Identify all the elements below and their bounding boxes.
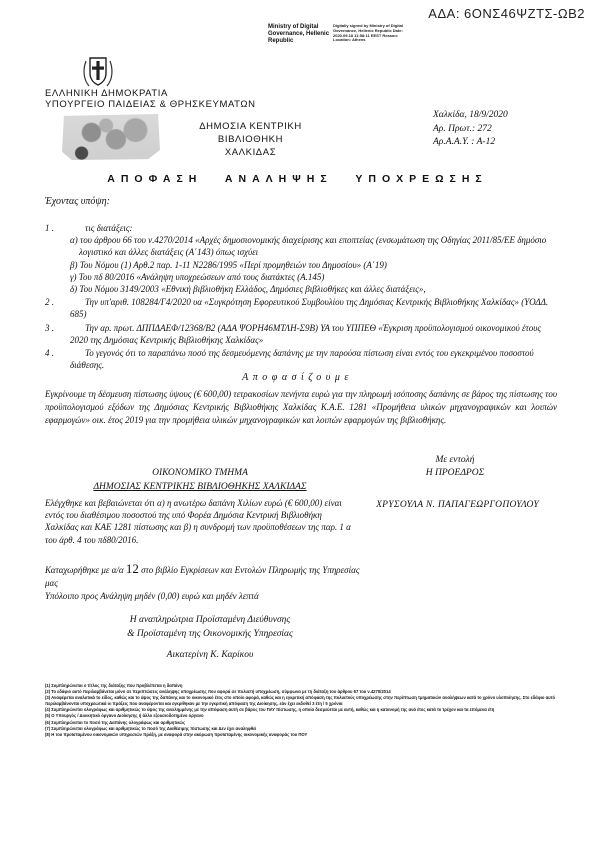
officer-title-line1: Η αναπληρώτρια Προϊσταμένη Διεύθυνσης xyxy=(60,614,360,628)
header-ministry: ΥΠΟΥΡΓΕΙΟ ΠΑΙΔΕΙΑΣ & ΘΡΗΣΚΕΥΜΑΤΩΝ xyxy=(45,99,256,110)
digital-signature-details: Digitally signed by Ministry of Digital … xyxy=(333,24,411,43)
finance-department-line2: ΔΗΜΟΣΙΑΣ ΚΕΝΤΡΙΚΗΣ ΒΙΒΛΙΟΘΗΚΗΣ ΧΑΛΚΙΔΑΣ xyxy=(45,481,355,495)
footnote: (2) Το εδάφιο αυτό περιλαμβάνεται μόνο σ… xyxy=(45,689,557,695)
by-order-label: Με εντολή xyxy=(350,454,560,467)
organization-name-line2: ΧΑΛΚΙΔΑΣ xyxy=(168,146,333,159)
finance-department-block: ΟΙΚΟΝΟΜΙΚΟ ΤΜΗΜΑ ΔΗΜΟΣΙΑΣ ΚΕΝΤΡΙΚΗΣ ΒΙΒΛ… xyxy=(45,467,355,494)
footnote: (5) Ο Υπουργός / Διοικητικό όργανο Διοίκ… xyxy=(45,713,557,719)
considerations-list: 1 . τις διατάξεις: α) του άρθρου 66 του … xyxy=(45,222,557,372)
registration-number: 12 xyxy=(126,561,139,576)
verification-paragraph: Ελέγχθηκε και βεβαιώνεται ότι α) η ανωτέ… xyxy=(45,497,357,546)
footnote: (6) Συμπληρώνεται το ποσό της Δαπάνης ολ… xyxy=(45,720,557,726)
header-republic: ΕΛΛΗΝΙΚΗ ΔΗΜΟΚΡΑΤΙΑ xyxy=(45,88,168,99)
list-subitems: α) του άρθρου 66 του ν.4270/2014 «Αρχές … xyxy=(45,234,557,295)
list-item-text: Την αρ. πρωτ. ΔΠΠΔΑΕΦ/12368/Β2 (ΑΔΑ ΨΟΡΗ… xyxy=(70,322,557,346)
organization-name: ΔΗΜΟΣΙΑ ΚΕΝΤΡΙΚΗ ΒΙΒΛΙΟΘΗΚΗ ΧΑΛΚΙΔΑΣ xyxy=(168,120,333,159)
list-item: 1 . τις διατάξεις: α) του άρθρου 66 του … xyxy=(45,222,557,295)
by-order-block: Με εντολή Η ΠΡΟΕΔΡΟΣ xyxy=(350,454,560,480)
list-item-number: 4 . xyxy=(45,347,54,359)
ada-code: ΑΔΑ: 6ΟΝΣ46ΨΖΤΣ-ΩΒ2 xyxy=(428,6,585,21)
balance-line: Υπόλοιπο προς Ανάληψη μηδέν (0,00) ευρώ … xyxy=(45,591,375,601)
registration-prefix: Καταχωρήθηκε με α/α xyxy=(45,565,124,575)
finance-department-line1: ΟΙΚΟΝΟΜΙΚΟ ΤΜΗΜΑ xyxy=(45,467,355,481)
president-title: Η ΠΡΟΕΔΡΟΣ xyxy=(350,467,560,480)
aay-number: Αρ.Α.Α.Υ. : Α-12 xyxy=(433,136,508,150)
document-page: ΑΔΑ: 6ΟΝΣ46ΨΖΤΣ-ΩΒ2 Ministry of Digital … xyxy=(0,0,595,842)
decide-heading: Αποφασίζουμε xyxy=(0,372,595,383)
list-subitem: δ) Του Νόμου 3149/2003 «Εθνική βιβλιοθήκ… xyxy=(70,283,557,295)
registration-line: Καταχωρήθηκε με α/α 12 στο βιβλίο Εγκρίσ… xyxy=(45,562,365,590)
list-item: 2 . Την υπ'αριθ. 108284/Γ4/2020 υα «Συγκ… xyxy=(45,296,557,320)
greek-emblem-icon xyxy=(82,55,114,89)
list-item-number: 2 . xyxy=(45,296,54,308)
decision-paragraph: Εγκρίνουμε τη δέσμευση πίστωσης ύψους (€… xyxy=(45,388,557,428)
list-item: 3 . Την αρ. πρωτ. ΔΠΠΔΑΕΦ/12368/Β2 (ΑΔΑ … xyxy=(45,322,557,346)
president-name: ΧΡΥΣΟΥΛΑ Ν. ΠΑΠΑΓΕΩΡΓΟΠΟΥΛΟΥ xyxy=(350,500,565,510)
officer-name: Αικατερίνη Κ. Καρίκου xyxy=(60,650,360,660)
officer-title-block: Η αναπληρώτρια Προϊσταμένη Διεύθυνσης & … xyxy=(60,614,360,641)
footnote: (7) Συμπληρώνεται ολογράφως και αριθμητι… xyxy=(45,726,557,732)
footnotes-block: (1) Συμπληρώνεται ο τίτλος της διάταξης … xyxy=(45,683,557,738)
protocol-block: Χαλκίδα, 18/9/2020 Αρ. Πρωτ.: 272 Αρ.Α.Α… xyxy=(433,109,508,150)
digital-signature-org: Ministry of Digital Governance, Hellenic… xyxy=(268,24,330,45)
having-regard-label: Έχοντας υπόψη: xyxy=(45,196,110,207)
list-item-text: τις διατάξεις: xyxy=(70,222,557,234)
organization-name-line1: ΔΗΜΟΣΙΑ ΚΕΝΤΡΙΚΗ ΒΙΒΛΙΟΘΗΚΗ xyxy=(168,120,333,146)
library-logo-image xyxy=(62,114,160,160)
officer-title-line2: & Προϊσταμένη της Οικονομικής Υπηρεσίας xyxy=(60,628,360,642)
list-subitem: β) Του Νόμου (1) Αρθ.2 παρ. 1-11 Ν2286/1… xyxy=(70,259,557,271)
list-subitem: α) του άρθρου 66 του ν.4270/2014 «Αρχές … xyxy=(70,234,557,258)
list-item-number: 3 . xyxy=(45,322,54,334)
document-title: ΑΠΟΦΑΣΗ ΑΝΑΛΗΨΗΣ ΥΠΟΧΡΕΩΣΗΣ xyxy=(0,173,595,185)
footnote: (4) Συμπληρώνεται ολογράφως και αριθμητι… xyxy=(45,707,557,713)
list-item-text: Το γεγονός ότι το παραπάνω ποσό της δεσμ… xyxy=(70,347,557,371)
footnote: (1) Συμπληρώνεται ο τίτλος της διάταξης … xyxy=(45,683,557,689)
protocol-number: Αρ. Πρωτ.: 272 xyxy=(433,123,508,137)
list-subitem: γ) Του πδ 80/2016 «Ανάληψη υποχρεώσεων α… xyxy=(70,271,557,283)
place-date: Χαλκίδα, 18/9/2020 xyxy=(433,109,508,123)
footnote: (8) Η του προϊσταμένου οικονομικών υπηρε… xyxy=(45,732,557,738)
list-item-number: 1 . xyxy=(45,222,54,234)
list-item-text: Την υπ'αριθ. 108284/Γ4/2020 υα «Συγκρότη… xyxy=(70,296,557,320)
list-item: 4 . Το γεγονός ότι το παραπάνω ποσό της … xyxy=(45,347,557,371)
footnote: (3) Αναφέρεται αναλυτικά το είδος, καθώς… xyxy=(45,695,557,706)
